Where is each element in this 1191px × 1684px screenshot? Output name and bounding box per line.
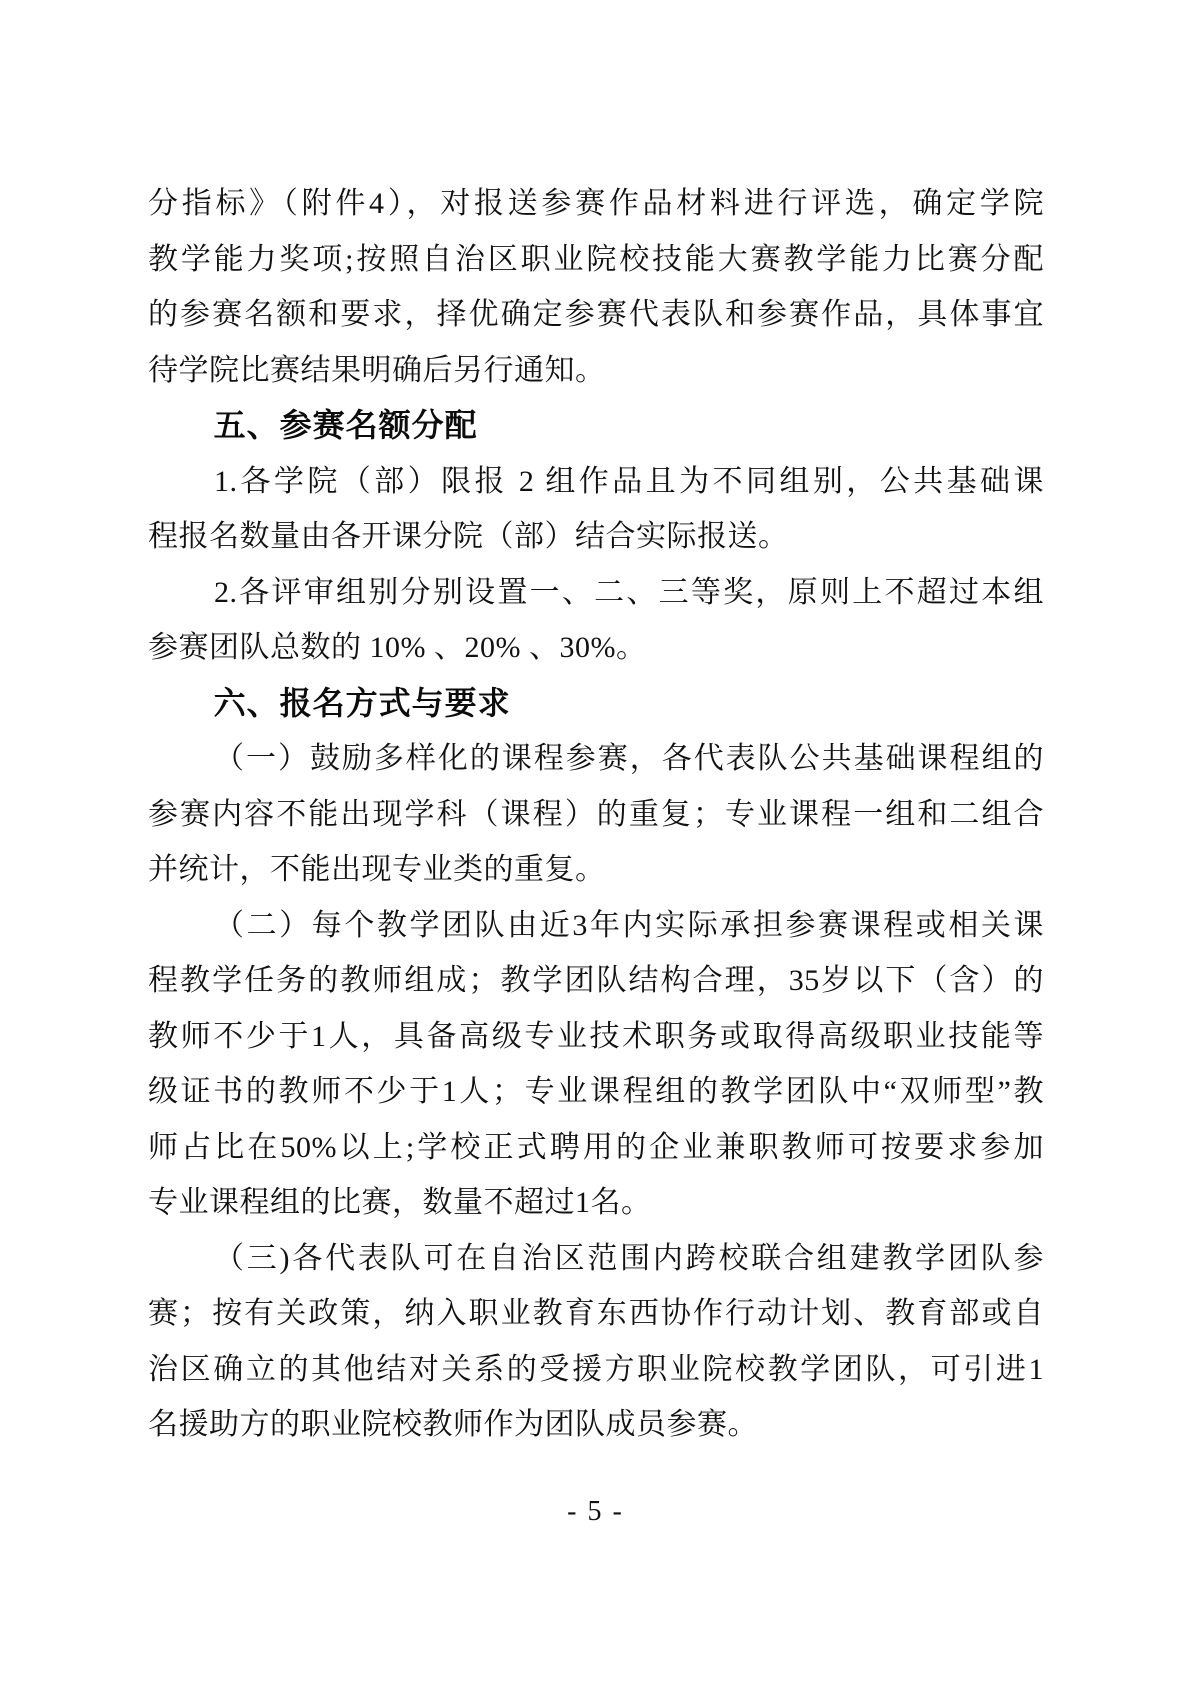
text-line: （三)各代表队可在自治区范围内跨校联合组建教学团队参 [148,1231,1044,1287]
section-heading: 六、报名方式与要求 [148,676,1044,732]
text-line: （一）鼓励多样化的课程参赛，各代表队公共基础课程组的 [148,731,1044,787]
text-line: 赛；按有关政策，纳入职业教育东西协作行动计划、教育部或自 [148,1286,1044,1342]
text-line: 教师不少于1人，具备高级专业技术职务或取得高级职业技能等 [148,1009,1044,1065]
text-line: 级证书的教师不少于1人；专业课程组的教学团队中“双师型”教 [148,1064,1044,1120]
text-line: 专业课程组的比赛，数量不超过1名。 [148,1175,1044,1231]
text-line: 待学院比赛结果明确后另行通知。 [148,343,1044,399]
document-page: 分指标》（附件4），对报送参赛作品材料进行评选，确定学院教学能力奖项;按照自治区… [0,0,1191,1684]
page-number: - 5 - [0,1492,1191,1532]
paragraph: （三)各代表队可在自治区范围内跨校联合组建教学团队参赛；按有关政策，纳入职业教育… [148,1231,1044,1453]
text-line: （二）每个教学团队由近3年内实际承担参赛课程或相关课 [148,898,1044,954]
document-body: 分指标》（附件4），对报送参赛作品材料进行评选，确定学院教学能力奖项;按照自治区… [148,176,1044,1453]
text-line: 2.各评审组别分别设置一、二、三等奖，原则上不超过本组 [148,565,1044,621]
text-line: 参赛内容不能出现学科（课程）的重复；专业课程一组和二组合 [148,787,1044,843]
text-line: 治区确立的其他结对关系的受援方职业院校教学团队，可引进1 [148,1342,1044,1398]
paragraph: 分指标》（附件4），对报送参赛作品材料进行评选，确定学院教学能力奖项;按照自治区… [148,176,1044,398]
section-heading: 五、参赛名额分配 [148,398,1044,454]
text-line: 程报名数量由各开课分院（部）结合实际报送。 [148,509,1044,565]
paragraph: （二）每个教学团队由近3年内实际承担参赛课程或相关课程教学任务的教师组成；教学团… [148,898,1044,1231]
text-line: 的参赛名额和要求，择优确定参赛代表队和参赛作品，具体事宜 [148,287,1044,343]
text-line: 程教学任务的教师组成；教学团队结构合理，35岁以下（含）的 [148,953,1044,1009]
text-line: 参赛团队总数的 10% 、20% 、30%。 [148,620,1044,676]
paragraph: 1.各学院（部）限报 2 组作品且为不同组别，公共基础课程报名数量由各开课分院（… [148,454,1044,565]
text-line: 师占比在50%以上;学校正式聘用的企业兼职教师可按要求参加 [148,1120,1044,1176]
text-line: 并统计，不能出现专业类的重复。 [148,842,1044,898]
text-line: 1.各学院（部）限报 2 组作品且为不同组别，公共基础课 [148,454,1044,510]
text-line: 教学能力奖项;按照自治区职业院校技能大赛教学能力比赛分配 [148,232,1044,288]
paragraph: （一）鼓励多样化的课程参赛，各代表队公共基础课程组的参赛内容不能出现学科（课程）… [148,731,1044,898]
paragraph: 2.各评审组别分别设置一、二、三等奖，原则上不超过本组参赛团队总数的 10% 、… [148,565,1044,676]
text-line: 名援助方的职业院校教师作为团队成员参赛。 [148,1397,1044,1453]
text-line: 分指标》（附件4），对报送参赛作品材料进行评选，确定学院 [148,176,1044,232]
